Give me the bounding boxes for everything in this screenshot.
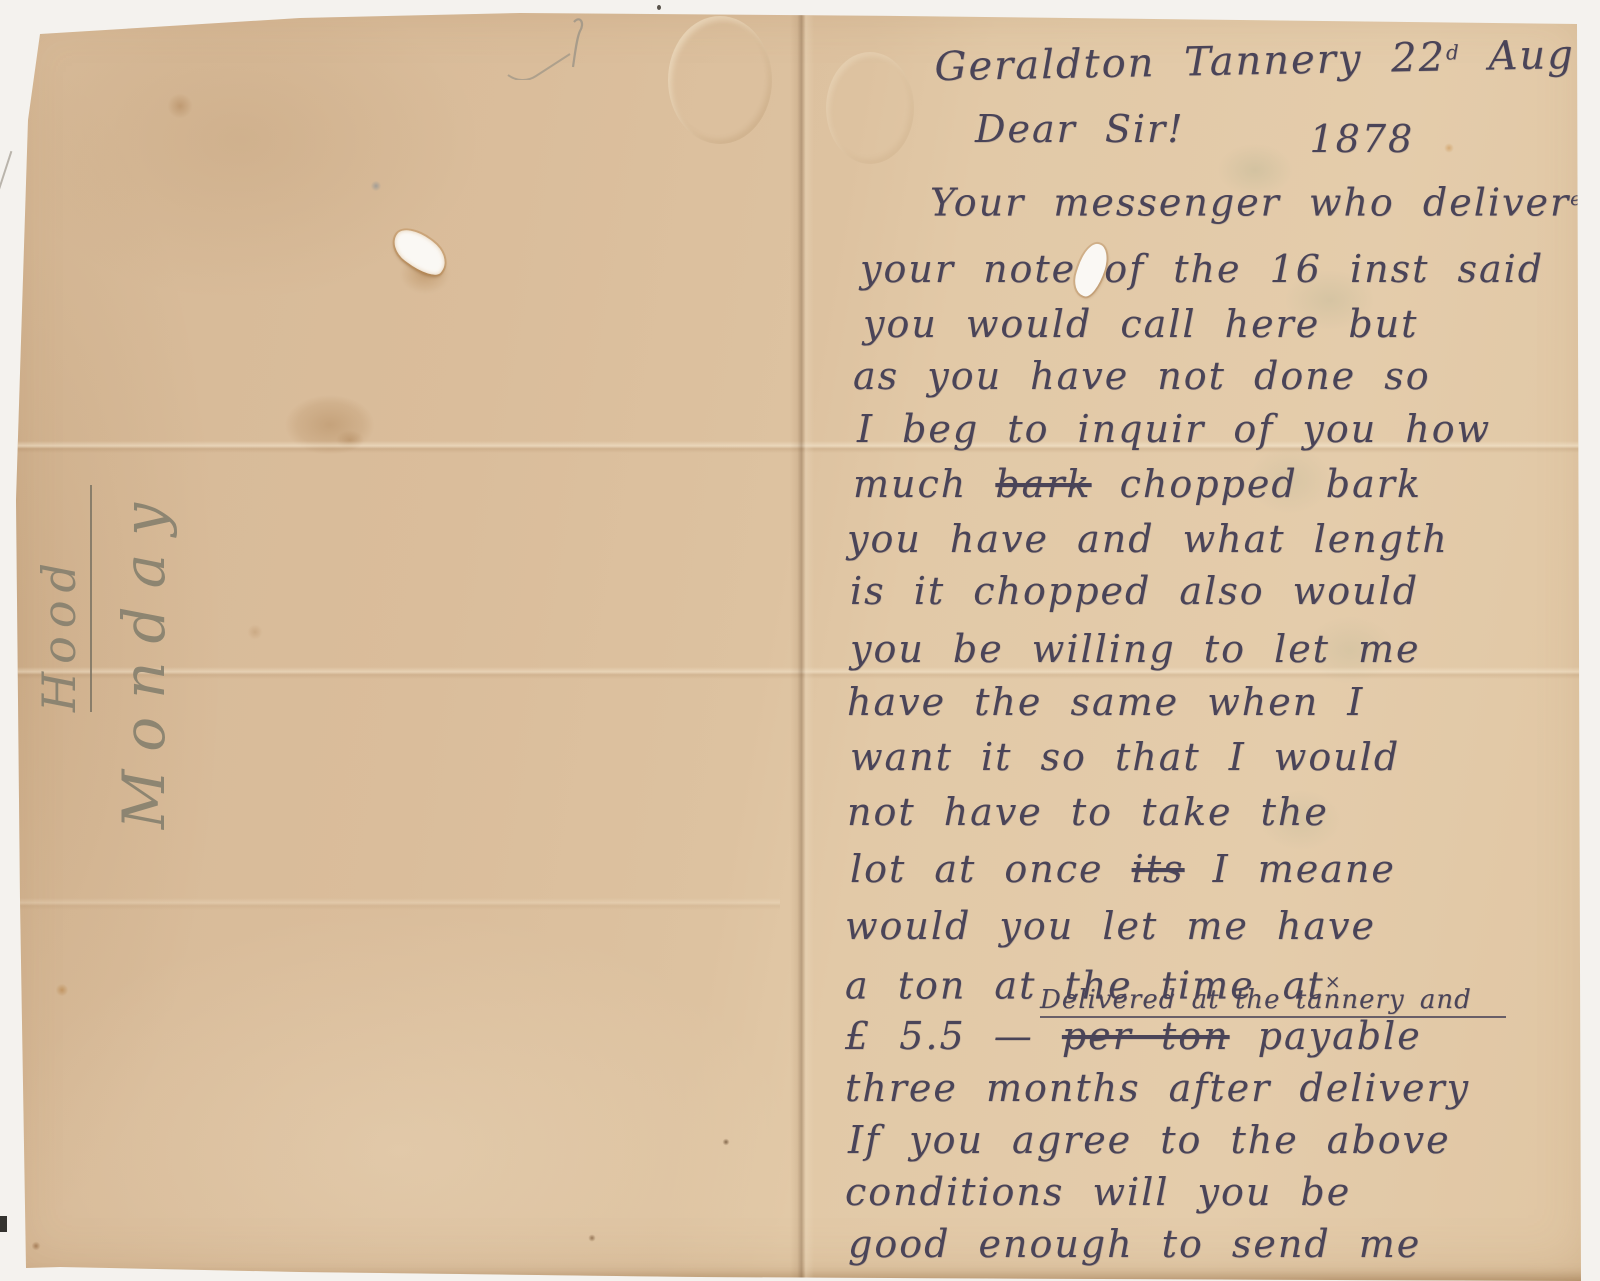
handwritten-text: as you have not done so — [853, 354, 1431, 398]
handwritten-text: I meane — [1185, 847, 1396, 891]
handwritten-text: is it chopped also would — [850, 569, 1419, 613]
letter-line: much bark chopped bark — [845, 460, 1585, 512]
handwritten-text: £ 5.5 — — [845, 1014, 1062, 1058]
handwritten-text: Dear Sir! — [975, 107, 1184, 151]
struck-out-text: bark — [995, 462, 1091, 506]
handwritten-text: August — [1459, 31, 1600, 81]
handwritten-text: Your messenger who deliver — [930, 180, 1570, 224]
scanned-letter-page: Hood Monday Geraldton Tannery 22d August… — [0, 0, 1600, 1281]
letter-line: would you let me have — [845, 902, 1585, 954]
handwritten-text: I beg to inquir of you how — [857, 407, 1491, 451]
paper-sheet: Hood Monday Geraldton Tannery 22d August… — [0, 0, 1600, 1281]
handwritten-text: conditions will you be — [845, 1170, 1351, 1214]
struck-out-text: per ton — [1062, 1014, 1230, 1058]
letter-line: is it chopped also would — [845, 567, 1585, 619]
letter-line: your note of the 16 inst said — [845, 245, 1585, 297]
handwritten-text: chopped bark — [1092, 462, 1422, 506]
handwritten-text: you be willing to let me — [850, 627, 1421, 671]
handwritten-text: ed — [1570, 188, 1595, 210]
dust-speck — [657, 5, 661, 10]
handwritten-text: you have and what length — [847, 517, 1449, 561]
letter-line: as you have not done so — [845, 352, 1585, 404]
pencil-scribble-mark — [488, 10, 598, 80]
heading-line: Geraldton Tannery 22d August — [844, 26, 1585, 92]
letter-line: three months after delivery — [845, 1064, 1585, 1116]
letter-line: want it so that I would — [845, 733, 1585, 785]
handwritten-text: lot at once — [850, 847, 1132, 891]
handwritten-text: you would call here but — [863, 302, 1418, 346]
pencil-annotation: Hood Monday — [22, 485, 192, 1130]
handwritten-text: 1878 — [1309, 117, 1414, 161]
edge-notch-artifact — [0, 1216, 7, 1232]
price-line: £ 5.5 — per ton payable — [845, 1012, 1585, 1064]
struck-out-text: its — [1132, 847, 1185, 891]
letter-line: If you agree to the above — [845, 1116, 1585, 1168]
handwritten-text: three months after delivery — [845, 1066, 1470, 1110]
handwritten-text: have the same when I — [847, 680, 1364, 724]
handwritten-text: payable — [1230, 1014, 1422, 1058]
letter-line: have the same when I — [845, 678, 1585, 730]
embossed-seal — [668, 16, 772, 144]
handwritten-text: would you let me have — [845, 904, 1376, 948]
letter-line: good enough to send me — [845, 1220, 1585, 1272]
letter-line: not have to take the — [845, 788, 1585, 840]
salutation-line: Dear Sir!1878 — [845, 105, 1585, 157]
center-fold-crease — [790, 0, 814, 1281]
pencil-word-monday: Monday — [97, 485, 192, 1130]
handwritten-text: your note of the 16 inst said — [860, 247, 1544, 291]
letter-line: Your messenger who delivered — [845, 175, 1585, 227]
letter-line: you would call here but — [845, 300, 1585, 352]
pencil-word-hood: Hood — [22, 485, 97, 1130]
handwritten-text: d — [1446, 40, 1460, 64]
letter-line: lot at once its I meane — [845, 845, 1585, 897]
handwritten-text: Geraldton Tannery 22 — [934, 34, 1446, 90]
scanner-scratch-artifact — [0, 151, 12, 197]
letter-body: Geraldton Tannery 22d AugustDear Sir!187… — [845, 40, 1585, 1272]
letter-line: you be willing to let me — [845, 625, 1585, 677]
handwritten-text: good enough to send me — [848, 1222, 1421, 1266]
letter-line: conditions will you be — [845, 1168, 1585, 1220]
handwritten-text: want it so that I would — [850, 735, 1400, 779]
letter-line: I beg to inquir of you how — [845, 405, 1585, 457]
letter-line: you have and what length — [845, 515, 1585, 567]
handwritten-text: much — [853, 462, 995, 506]
handwritten-text: If you agree to the above — [848, 1118, 1451, 1162]
handwritten-text: not have to take the — [847, 790, 1329, 834]
